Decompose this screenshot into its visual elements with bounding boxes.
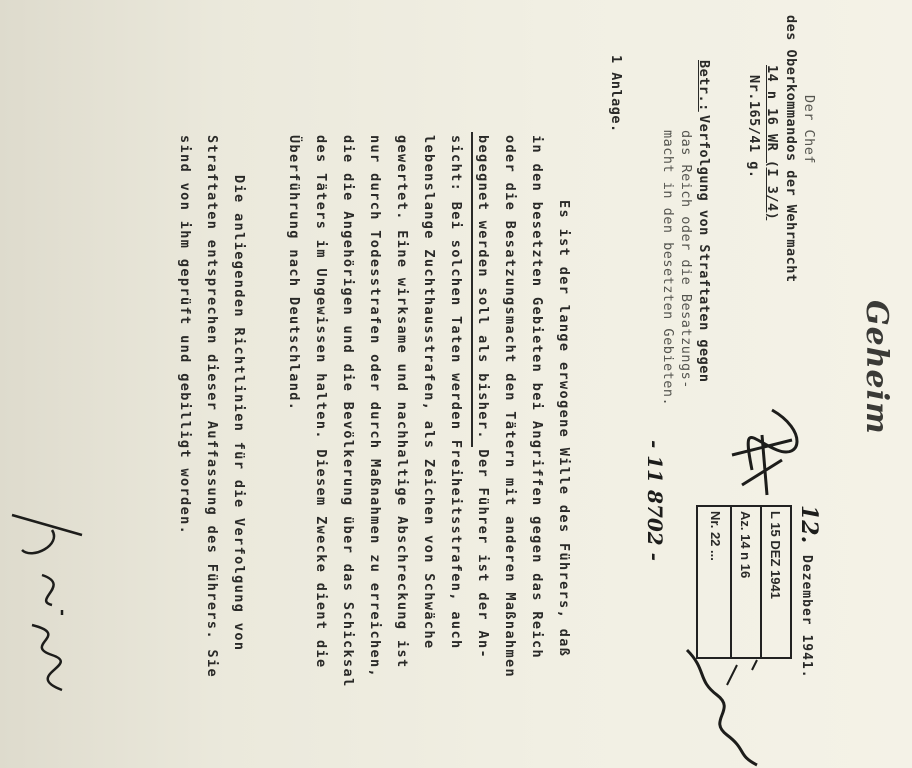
date-month-year: Dezember 1941. bbox=[799, 555, 814, 679]
subject-line: macht in den besetzten Gebieten. bbox=[660, 130, 676, 406]
classification-stamp: Geheim bbox=[859, 300, 894, 435]
body-line: Überführung nach Deutschland. bbox=[286, 135, 302, 411]
body-line: Es ist der lange erwogene Wille des Führ… bbox=[556, 200, 572, 657]
marginal-handwriting bbox=[677, 640, 797, 768]
body-line: sind von ihm geprüft und gebilligt worde… bbox=[177, 135, 193, 535]
body-line: lebenslange Zuchthausstrafen, als Zeiche… bbox=[421, 135, 437, 650]
subject-line: Verfolgung von Straftaten gegen bbox=[696, 115, 712, 382]
sender-title: Der Chef bbox=[801, 95, 817, 164]
stamp-nr-row: Nr. 22 ... bbox=[700, 507, 730, 657]
body-line: Straftaten entsprechen dieser Auffassung… bbox=[204, 135, 220, 678]
underline bbox=[471, 132, 473, 447]
body-line: sicht: Bei solchen Taten werden Freiheit… bbox=[448, 135, 464, 650]
body-line: nur durch Todesstrafen oder durch Maßnah… bbox=[367, 135, 383, 678]
body-line: Die anliegenden Richtlinien für die Verf… bbox=[231, 175, 247, 651]
body-line: die die Angehörigen und die Bevölkerung … bbox=[340, 135, 356, 688]
signature bbox=[2, 505, 92, 705]
initials-scribble bbox=[722, 400, 812, 510]
reference-number: 14 n 16 WR (I 3/4) bbox=[764, 65, 780, 220]
body-line: des Täters im Ungewissen halten. Diesem … bbox=[313, 135, 329, 669]
body-line: in den besetzten Gebieten bei Angriffen … bbox=[529, 135, 545, 659]
subject-line: das Reich oder die Besatzungs- bbox=[678, 130, 694, 389]
document-sheet: Geheim Der Chef des Oberkommandos der We… bbox=[0, 0, 912, 768]
receipt-stamp: L 15 DEZ 1941 Az. 14 n 16 Nr. 22 ... bbox=[696, 505, 792, 659]
sender-office: des Oberkommandos der Wehrmacht bbox=[783, 15, 799, 282]
handwritten-file-number: - 11 8702 - bbox=[643, 440, 667, 561]
reference-number-secondary: Nr.165/41 g. bbox=[746, 75, 762, 179]
subject-label: Betr.: bbox=[696, 60, 712, 112]
body-line: begegnet werden soll als bisher. Der Füh… bbox=[475, 135, 491, 659]
body-line: gewertet. Eine wirksame und nachhaltige … bbox=[394, 135, 410, 669]
body-line: oder die Besatzungsmacht den Tätern mit … bbox=[502, 135, 518, 678]
stamp-az-row: Az. 14 n 16 bbox=[730, 507, 760, 657]
stamp-date-row: L 15 DEZ 1941 bbox=[760, 507, 790, 657]
enclosure-note: 1 Anlage. bbox=[608, 55, 624, 133]
date-day-handwritten: 12. bbox=[796, 505, 822, 543]
